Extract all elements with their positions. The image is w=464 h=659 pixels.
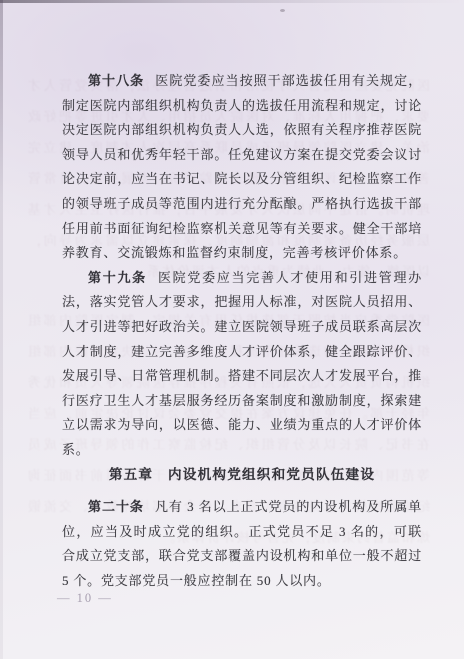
document-body: 第十八条医院党委应当按照干部选拔任用有关规定，制定医院内部组织机构负责人的选拔任…: [62, 69, 422, 593]
scan-speck: [280, 9, 285, 12]
page-number: — 10 —: [57, 591, 113, 606]
article-19-paragraph: 第十九条医院党委应当完善人才使用和引进管理办法，落实党管人才要求，把握用人标准，…: [62, 266, 422, 463]
scanned-document-page: 医院党委应当完善人才使用和引进管理办法，落实党管人才要求，把握用人标准，对医院人…: [0, 0, 464, 659]
article-19-number: 第十九条: [88, 270, 147, 285]
article-19-text: 医院党委应当完善人才使用和引进管理办法，落实党管人才要求，把握用人标准，对医院人…: [62, 270, 422, 457]
article-18-number: 第十八条: [88, 73, 144, 88]
chapter-5-heading: 第五章 内设机构党组织和党员队伍建设: [62, 463, 422, 488]
article-18-paragraph: 第十八条医院党委应当按照干部选拔任用有关规定，制定医院内部组织机构负责人的选拔任…: [62, 69, 422, 266]
article-20-paragraph: 第二十条凡有 3 名以上正式党员的内设机构及所属单位，应当及时成立党的组织。正式…: [62, 495, 422, 593]
article-20-number: 第二十条: [88, 499, 144, 514]
article-18-text: 医院党委应当按照干部选拔任用有关规定，制定医院内部组织机构负责人的选拔任用流程和…: [62, 73, 422, 260]
